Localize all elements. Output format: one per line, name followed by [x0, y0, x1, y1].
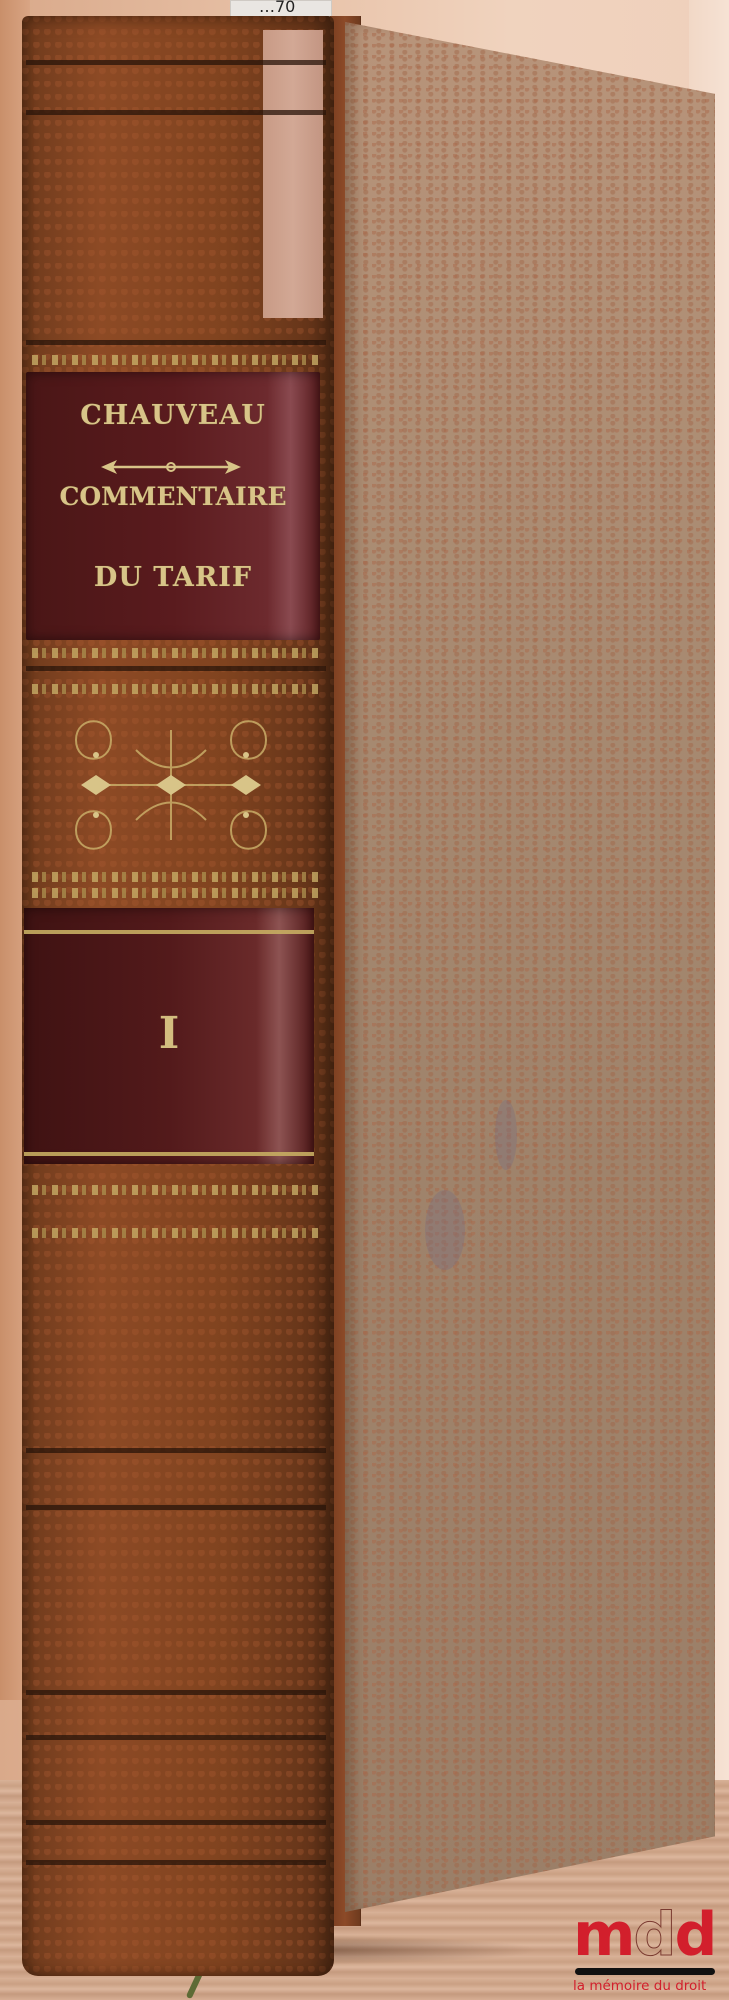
raised-band — [26, 666, 326, 671]
gilt-fillet — [24, 1152, 314, 1156]
gilt-fillet — [24, 930, 314, 934]
cover-stain — [495, 1100, 517, 1170]
raised-band — [26, 1820, 326, 1825]
gilt-roll — [32, 648, 322, 658]
volume-label: I — [24, 908, 314, 1164]
raised-band — [26, 1448, 326, 1453]
raised-band — [26, 110, 326, 115]
volume-number: I — [24, 1008, 314, 1059]
title-label: CHAUVEAU COMMENTAIRE DU TARIF — [26, 372, 320, 640]
floral-ornament-icon — [66, 710, 276, 860]
book-title-line-1: COMMENTAIRE — [26, 482, 320, 511]
logo-letter-d: d — [674, 1900, 715, 1970]
logo-underline — [575, 1968, 715, 1975]
double-arrow-icon — [101, 457, 241, 477]
shelf-tag-text: …70 — [259, 0, 295, 16]
gilt-roll — [32, 355, 322, 365]
raised-band — [26, 1860, 326, 1865]
logo-letter-d-outline: d — [634, 1900, 675, 1970]
gilt-roll — [32, 1228, 322, 1238]
spine-worn-strip — [263, 30, 323, 318]
cover-stain — [425, 1190, 465, 1270]
logo-wordmark: mdd — [573, 1905, 715, 1965]
logo-letter-m: m — [573, 1900, 634, 1970]
raised-band — [26, 340, 326, 345]
author-name: CHAUVEAU — [26, 400, 320, 431]
front-cover — [345, 22, 715, 1912]
logo-tagline: la mémoire du droit — [573, 1978, 706, 1994]
gilt-roll — [32, 1185, 322, 1195]
gilt-roll — [32, 872, 322, 882]
raised-band — [26, 60, 326, 65]
raised-band — [26, 1505, 326, 1510]
gilt-roll — [32, 684, 322, 694]
book-title-line-2: DU TARIF — [26, 562, 320, 593]
raised-band — [26, 1735, 326, 1740]
mdd-logo: mdd la mémoire du droit — [565, 1905, 715, 1995]
gilt-roll — [32, 888, 322, 898]
raised-band — [26, 1690, 326, 1695]
